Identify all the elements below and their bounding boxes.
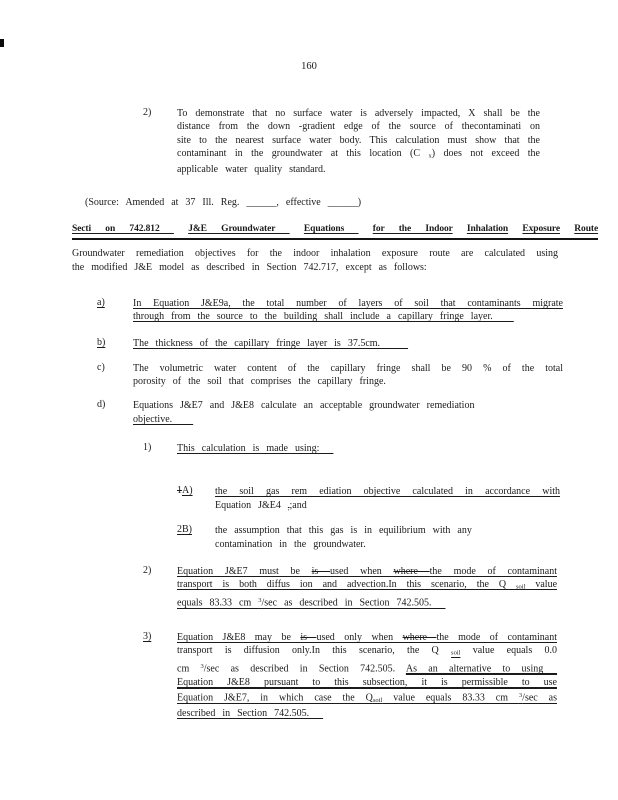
text-segment: 2) xyxy=(143,107,151,118)
text-line: Equation J&E7 must be is used when where… xyxy=(177,565,557,578)
text-line: Equations J&E7 and J&E8 calculate an acc… xyxy=(133,399,563,412)
text-line: Secti on 742.812 J&E Groundwater Equatio… xyxy=(72,223,598,235)
list-item-c-water-content: c)The volumetric water content of the ca… xyxy=(97,362,563,389)
text-line: equals 83.33 cm 3/sec as described in Se… xyxy=(177,594,557,610)
list-item-b-fringe-thickness-label: b) xyxy=(97,337,105,348)
text-segment: is xyxy=(300,632,316,643)
list-item-1A-soil-gas-objective-label: 1A) xyxy=(177,485,193,496)
list-item-3-equation-je8-label: 3) xyxy=(143,631,151,642)
list-item-c-water-content-label: c) xyxy=(97,362,105,373)
list-item-1A-soil-gas-objective: 1A)the soil gas rem ediation objective c… xyxy=(177,485,560,514)
text-segment: Inhalation xyxy=(467,224,508,234)
text-segment: 3) xyxy=(143,631,151,642)
list-item-2-equation-je7-label: 2) xyxy=(143,565,151,576)
list-item-2-equation-je7: 2)Equation J&E7 must be is used when whe… xyxy=(143,565,557,610)
document-body: 2)To demonstrate that no surface water i… xyxy=(0,107,618,721)
text-segment: b) xyxy=(97,337,105,348)
text-segment: Exposure xyxy=(522,224,560,234)
text-line: distance from the down -gradient edge of… xyxy=(177,120,540,133)
text-segment: , xyxy=(288,504,290,511)
text-segment: As an alternative to using xyxy=(406,663,557,674)
list-item-d-equations-label: d) xyxy=(97,399,105,410)
page-number: 160 xyxy=(0,60,618,73)
list-item-2-surface-water-label: 2) xyxy=(143,107,151,118)
text-line: the soil gas rem ediation objective calc… xyxy=(215,485,560,498)
text-line: (Source: Amended at 37 Ill. Reg. ______,… xyxy=(85,196,618,209)
text-segment: 3 xyxy=(519,692,522,699)
text-segment: Secti on 742.812 xyxy=(72,224,174,234)
text-line: The volumetric water content of the capi… xyxy=(133,362,563,375)
text-segment: B) xyxy=(182,524,192,535)
text-line: site to the nearest surface water body. … xyxy=(177,134,540,147)
list-item-d-equations: d)Equations J&E7 and J&E8 calculate an a… xyxy=(97,399,563,426)
list-item-2-surface-water: 2)To demonstrate that no surface water i… xyxy=(143,107,540,176)
list-item-b-fringe-thickness: b)The thickness of the capillary fringe … xyxy=(97,337,563,350)
text-segment: objective. xyxy=(133,414,193,425)
text-segment: c) xyxy=(97,362,105,373)
text-segment: for the Indoor xyxy=(373,224,453,234)
text-segment: x xyxy=(429,152,432,159)
text-line: Equation J&E7, in which case the Qsoil v… xyxy=(177,689,557,707)
text-line: cm 3/sec as described in Section 742.505… xyxy=(177,660,557,676)
list-item-1-calculation-label: 1) xyxy=(143,442,151,453)
text-line: The thickness of the capillary fringe la… xyxy=(133,337,563,350)
text-segment: Route xyxy=(574,224,598,234)
text-segment: is xyxy=(312,566,330,577)
section-heading: Secti on 742.812 J&E Groundwater Equatio… xyxy=(72,223,598,240)
list-item-a-capillary-layers: a)In Equation J&E9a, the total number of… xyxy=(97,297,563,324)
text-line: Equation J&E8 may be is used only when w… xyxy=(177,631,557,644)
text-segment: where xyxy=(393,566,429,577)
list-item-1-calculation: 1)This calculation is made using: xyxy=(143,442,557,455)
text-line: contaminant in the groundwater at this l… xyxy=(177,147,540,163)
text-line: objective. xyxy=(133,413,563,426)
text-segment: 3 xyxy=(258,597,261,604)
list-item-2B-equilibrium-assumption-label: 2B) xyxy=(177,524,192,535)
text-segment: J&E Groundwater xyxy=(188,224,289,234)
text-line: the modified J&E model as described in S… xyxy=(72,261,558,274)
text-line: Groundwater remediation objectives for t… xyxy=(72,247,558,260)
text-segment: A) xyxy=(182,485,193,496)
text-line: Equation J&E4 ,;and xyxy=(215,499,560,515)
source-note: (Source: Amended at 37 Ill. Reg. ______,… xyxy=(85,196,618,209)
text-segment: 3 xyxy=(201,663,204,670)
text-segment: soil xyxy=(373,697,382,704)
text-line: To demonstrate that no surface water is … xyxy=(177,107,540,120)
text-segment: 1) xyxy=(143,442,151,453)
text-segment: where xyxy=(403,632,437,643)
list-item-3-equation-je8: 3)Equation J&E8 may be is used only when… xyxy=(143,631,557,721)
text-segment: 2) xyxy=(143,565,151,576)
text-line: transport is diffusion only.In this scen… xyxy=(177,644,557,660)
text-line: applicable water quality standard. xyxy=(177,163,540,176)
text-line: described in Section 742.505. xyxy=(177,707,557,720)
text-segment: soil xyxy=(516,584,525,591)
text-line: transport is both diffus ion and advecti… xyxy=(177,578,557,594)
text-segment: This calculation is made using: xyxy=(177,443,333,454)
text-segment: d) xyxy=(97,399,105,410)
list-item-2B-equilibrium-assumption: 2B)the assumption that this gas is in eq… xyxy=(177,524,560,551)
text-line: porosity of the soil that comprises the … xyxy=(133,375,563,388)
text-line: In Equation J&E9a, the total number of l… xyxy=(133,297,563,310)
text-segment: a) xyxy=(97,297,105,308)
text-line: contamination in the groundwater. xyxy=(215,538,560,551)
intro-paragraph: Groundwater remediation objectives for t… xyxy=(72,247,558,274)
scan-artifact-mark xyxy=(0,39,4,47)
text-line: This calculation is made using: xyxy=(177,442,557,455)
document-page: 160 2)To demonstrate that no surface wat… xyxy=(0,0,618,800)
text-segment: soil xyxy=(451,650,460,657)
text-line: the assumption that this gas is in equil… xyxy=(215,524,560,537)
list-item-a-capillary-layers-label: a) xyxy=(97,297,105,308)
text-line: through from the source to the building … xyxy=(133,310,563,323)
text-line: Equation J&E8 pursuant to this subsectio… xyxy=(177,676,557,689)
text-segment: Equations xyxy=(304,224,359,234)
